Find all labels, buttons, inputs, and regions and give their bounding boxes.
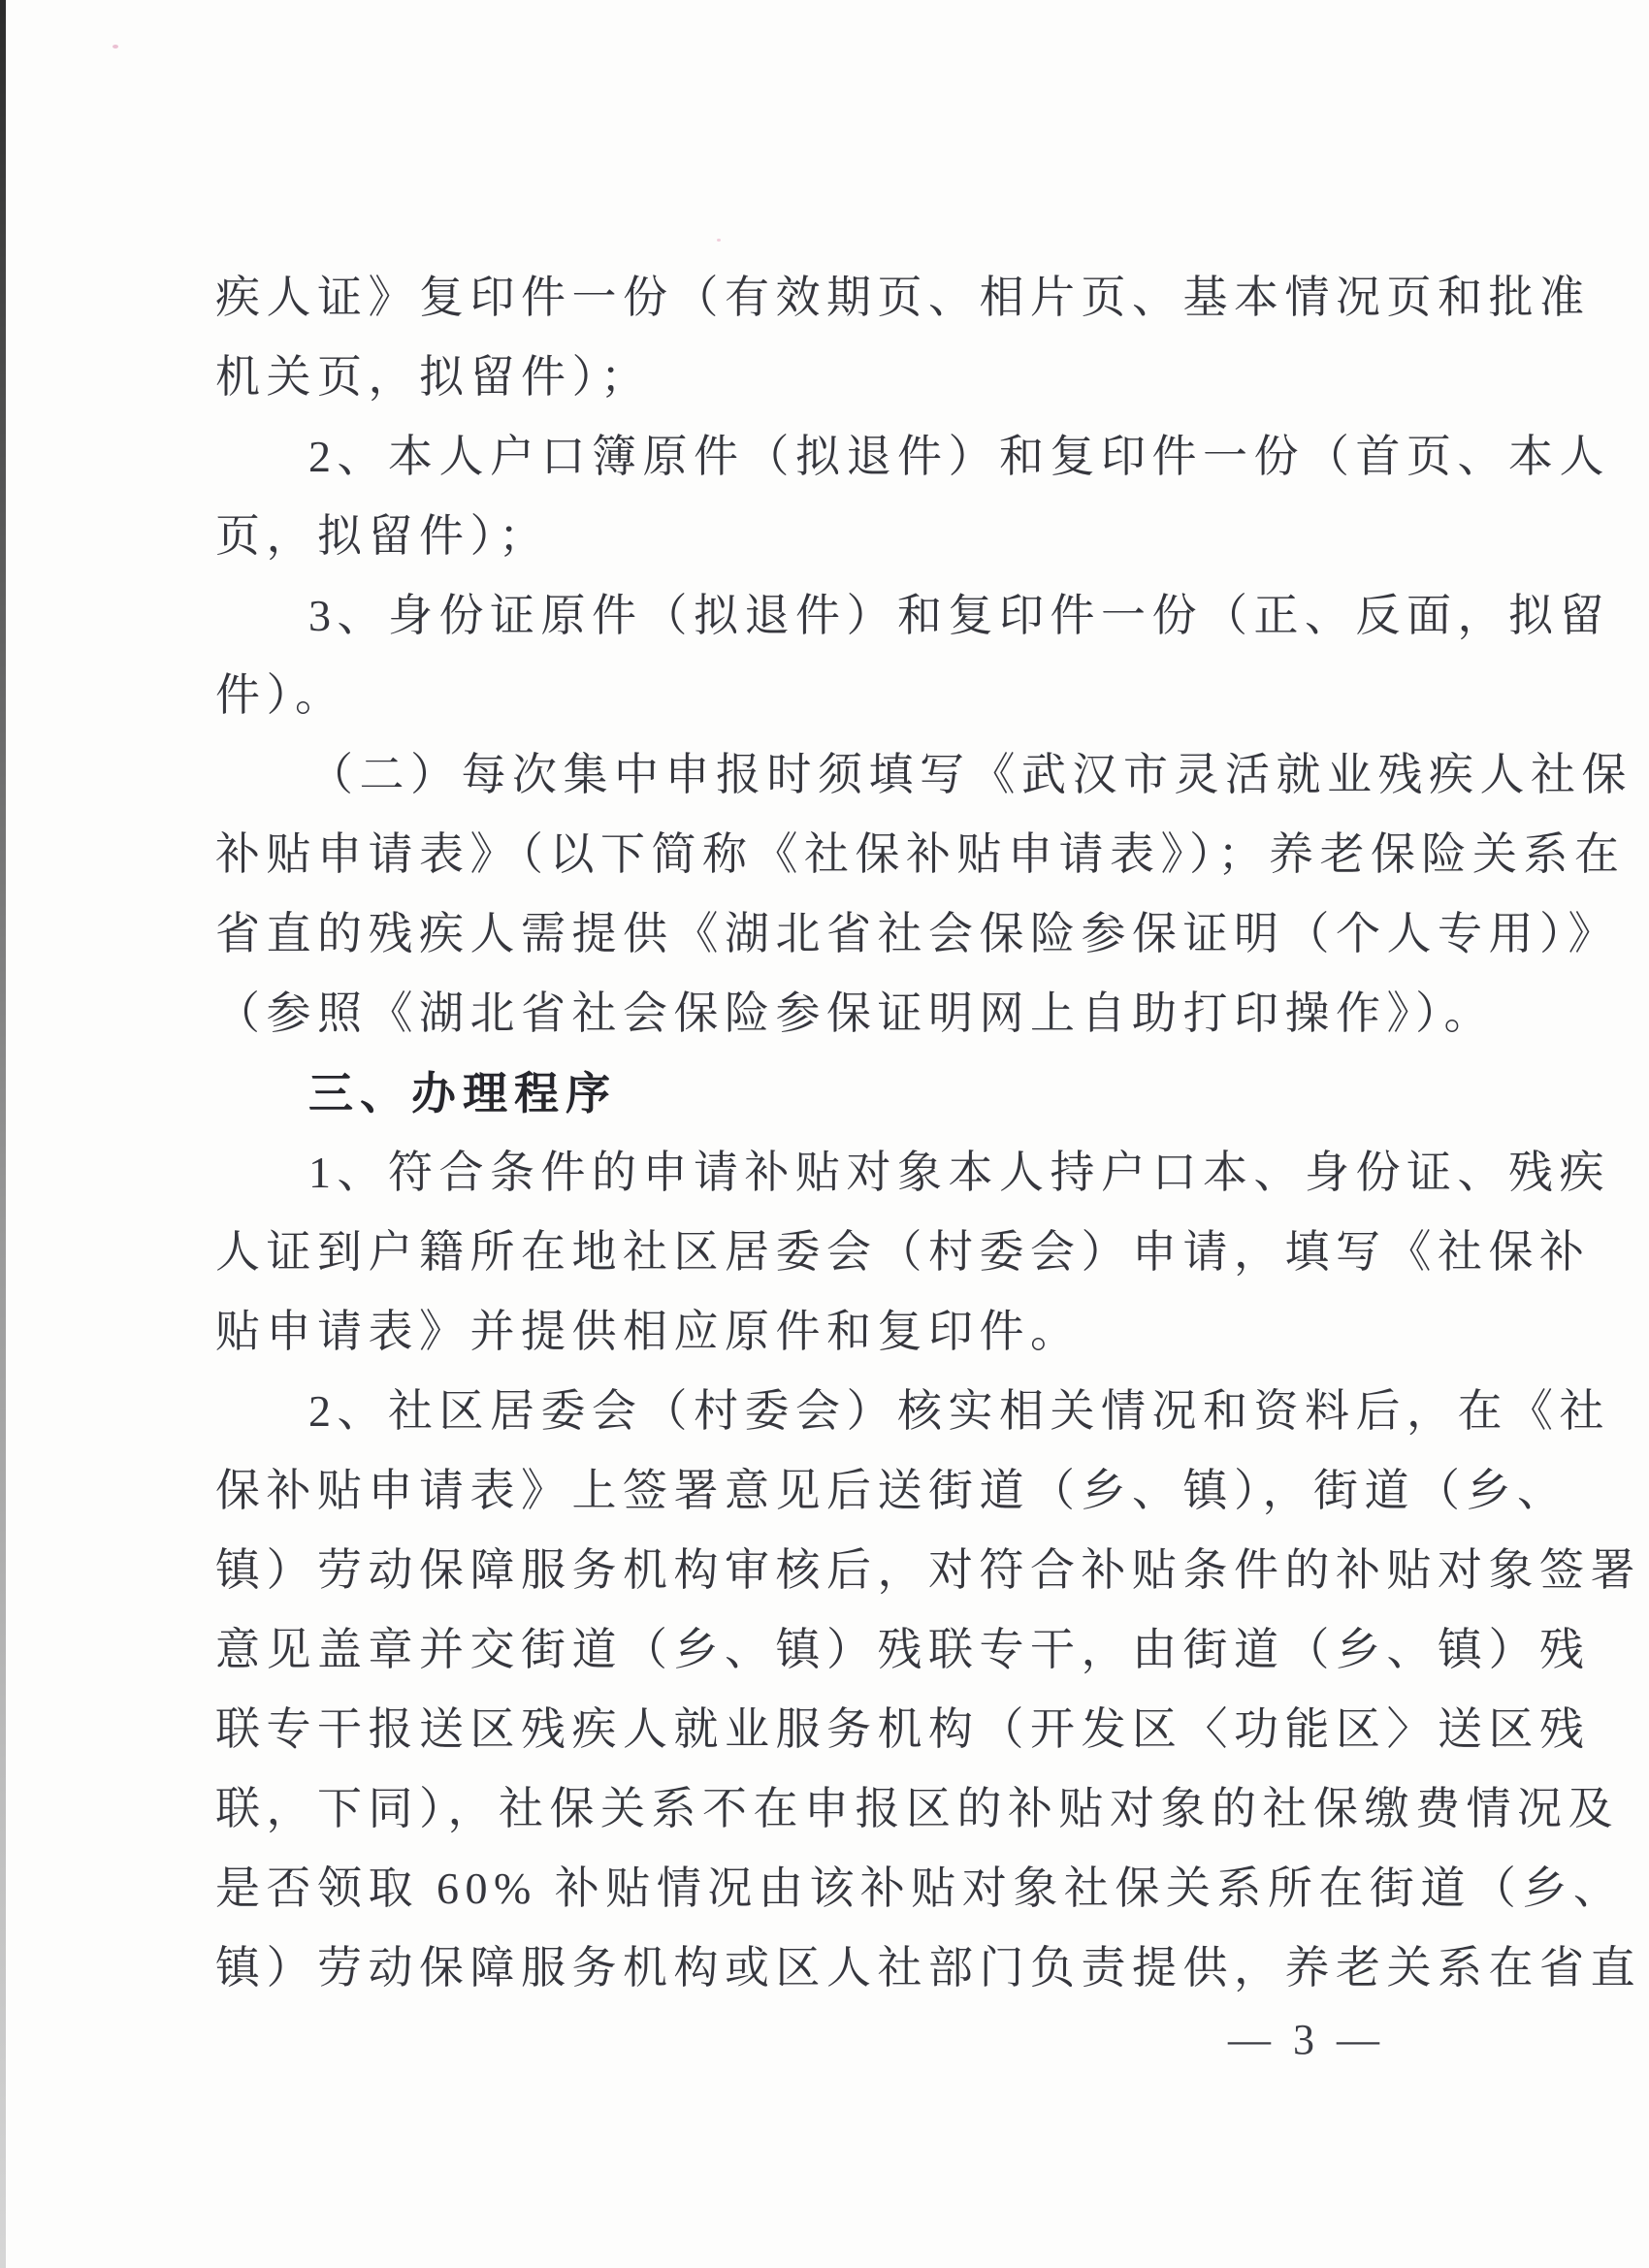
text-line: 省直的残疾人需提供《湖北省社会保险参保证明（个人专用）》 [215, 894, 1535, 974]
text-line: 件）。 [215, 656, 1535, 735]
text-line: 机关页，拟留件）； [215, 338, 1535, 417]
text-line: 疾人证》复印件一份（有效期页、相片页、基本情况页和批准 [215, 258, 1535, 338]
text-line: 镇）劳动保障服务机构或区人社部门负责提供，养老关系在省直 [215, 1928, 1535, 2008]
text-line: 联专干报送区残疾人就业服务机构（开发区〈功能区〉送区残 [215, 1690, 1535, 1769]
scan-edge-artifact [0, 0, 6, 2268]
text-line: 联，下同），社保关系不在申报区的补贴对象的社保缴费情况及 [215, 1769, 1535, 1849]
text-line: 3、身份证原件（拟退件）和复印件一份（正、反面，拟留 [215, 576, 1535, 656]
document-body: 疾人证》复印件一份（有效期页、相片页、基本情况页和批准 机关页，拟留件）； 2、… [215, 258, 1535, 2008]
text-line: （参照《湖北省社会保险参保证明网上自助打印操作》）。 [215, 974, 1535, 1053]
text-line: 1、符合条件的申请补贴对象本人持户口本、身份证、残疾 [215, 1133, 1535, 1213]
text-line: 贴申请表》并提供相应原件和复印件。 [215, 1292, 1535, 1372]
text-line: （二）每次集中申报时须填写《武汉市灵活就业残疾人社保 [215, 735, 1535, 815]
text-line: 补贴申请表》（以下简称《社保补贴申请表》）；养老保险关系在 [215, 815, 1535, 894]
scan-speck [717, 239, 721, 242]
text-line: 意见盖章并交街道（乡、镇）残联专干，由街道（乡、镇）残 [215, 1610, 1535, 1690]
page-number: — 3 — [1228, 2016, 1385, 2064]
section-heading: 三、办理程序 [215, 1053, 1535, 1133]
text-line: 页，拟留件）； [215, 497, 1535, 576]
text-line: 2、社区居委会（村委会）核实相关情况和资料后，在《社 [215, 1372, 1535, 1451]
text-line: 2、本人户口簿原件（拟退件）和复印件一份（首页、本人 [215, 417, 1535, 497]
text-line: 人证到户籍所在地社区居委会（村委会）申请，填写《社保补 [215, 1213, 1535, 1292]
text-line: 是否领取 60% 补贴情况由该补贴对象社保关系所在街道（乡、 [215, 1849, 1535, 1928]
text-line: 保补贴申请表》上签署意见后送街道（乡、镇），街道（乡、 [215, 1451, 1535, 1531]
text-line: 镇）劳动保障服务机构审核后，对符合补贴条件的补贴对象签署 [215, 1531, 1535, 1610]
scan-speck [113, 45, 118, 49]
